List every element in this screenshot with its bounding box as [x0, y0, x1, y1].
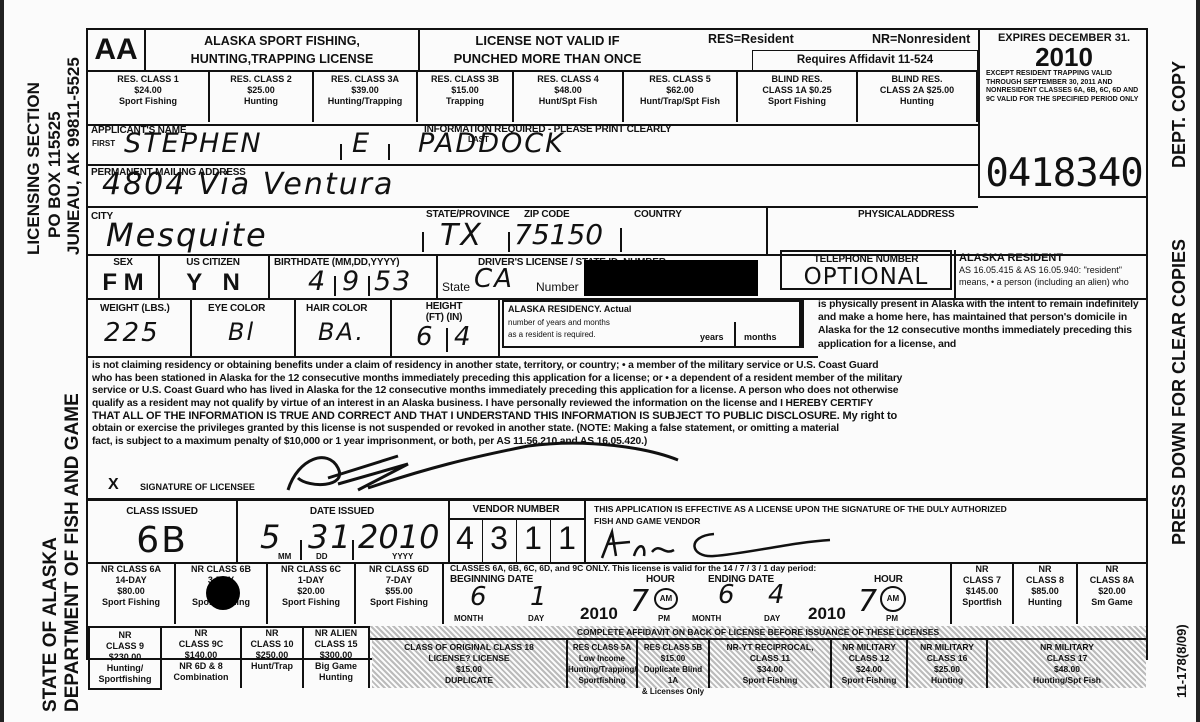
res-class-row: RES. CLASS 1 $24.00 Sport Fishing RES. C…	[88, 70, 978, 126]
form-number-label: 11-178(8/09)	[1174, 624, 1189, 698]
l2: CLASS 9	[90, 641, 160, 652]
class-name: RES. CLASS 3A	[314, 74, 416, 85]
class-price: $20.00	[1078, 586, 1146, 597]
begin-month-label: MONTH	[454, 614, 483, 623]
l1: RES CLASS 5A	[568, 642, 636, 653]
nr-class-9[interactable]: NR CLASS 9 $230.00 Hunting/ Sportfishing	[88, 626, 162, 690]
l3: $25.00	[908, 664, 986, 675]
nr-military-class-16[interactable]: NR MILITARY CLASS 16 $25.00 Hunting	[908, 640, 988, 688]
l3: $140.00	[162, 650, 240, 661]
divider	[300, 540, 302, 560]
class-name: NR CLASS 6D	[356, 564, 442, 575]
l2: Low Income	[568, 653, 636, 664]
res-class-5a[interactable]: RES CLASS 5A Low Income Hunting/Trapping…	[568, 640, 638, 688]
citizen-options: Y N	[158, 269, 268, 297]
cert-line: obtain or exercise the privileges grante…	[92, 423, 1144, 436]
class-desc: Sportfish	[952, 597, 1012, 608]
l2: $15.00	[638, 653, 708, 664]
blind-res-2a[interactable]: BLIND RES. CLASS 2A $25.00 Hunting	[858, 72, 978, 122]
class-desc: Hunt/Trap/Spt Fish	[624, 96, 736, 107]
punch-notice: LICENSE NOT VALID IF PUNCHED MORE THAN O…	[420, 32, 675, 68]
begin-day-label: DAY	[528, 614, 544, 623]
title-line-2: HUNTING,TRAPPING LICENSE	[146, 50, 418, 68]
l1: RES CLASS 5B	[638, 642, 708, 653]
class-price: $15.00	[418, 85, 512, 96]
begin-hour-value: 7	[630, 584, 651, 619]
juneau-address-label: JUNEAU, AK 99811-5525	[64, 57, 84, 255]
resident-heading: ALASKA RESIDENT	[959, 252, 1063, 264]
begin-day-value: 1	[530, 582, 549, 612]
class-desc: Hunting	[210, 96, 312, 107]
class-line-2: CLASS 8A	[1078, 575, 1146, 586]
nr-legend: NR=Nonresident	[872, 32, 970, 46]
end-year-value: 2010	[808, 604, 846, 624]
end-day-label: DAY	[764, 614, 780, 623]
expires-box: EXPIRES DECEMBER 31. 2010 EXCEPT RESIDEN…	[978, 28, 1148, 198]
nr-short-row: NR CLASS 6A 14-DAY $80.00 Sport Fishing …	[88, 562, 1146, 628]
cert-line: qualify as a resident may not qualify by…	[92, 398, 1144, 411]
birth-year: 53	[374, 266, 412, 297]
class-name: RES. CLASS 3B	[418, 74, 512, 85]
l3: Duplicate Blind 1A	[638, 664, 708, 686]
class-desc: Sport Fishing	[88, 96, 208, 107]
class-price: $24.00	[88, 85, 208, 96]
l4: Hunting/Spt Fish	[988, 675, 1146, 686]
years-label: years	[700, 332, 724, 342]
press-down-label: PRESS DOWN FOR CLEAR COPIES	[1169, 239, 1190, 545]
nr-class-8a[interactable]: NR CLASS 8A $20.00 Sm Game	[1078, 562, 1146, 624]
physical-row: WEIGHT (LBS.) 225 EYE COLOR Bl HAIR COLO…	[88, 298, 818, 358]
class-18-duplicate[interactable]: CLASS OF ORIGINAL CLASS 18 LICENSE? LICE…	[372, 640, 568, 688]
vendor-signature	[594, 522, 834, 562]
dl-number-label: Number	[536, 280, 579, 294]
res-class-1[interactable]: RES. CLASS 1 $24.00 Sport Fishing	[88, 72, 210, 122]
cert-line: is not claiming residency or obtaining b…	[92, 360, 1144, 373]
l4: Sport Fishing	[832, 675, 906, 686]
class-name: BLIND RES.	[738, 74, 856, 85]
class-name: NR	[952, 564, 1012, 575]
class-period: 1-DAY	[268, 575, 354, 586]
first-name-value: STEPHEN	[124, 128, 263, 159]
residency-line-3: as a resident is required.	[508, 330, 596, 339]
dl-number-redacted	[584, 260, 758, 296]
birth-month: 4	[308, 266, 327, 297]
months-label: months	[744, 332, 777, 342]
scan-edge-right	[1196, 0, 1200, 722]
city-row: CITY Mesquite STATE/PROVINCE TX ZIP CODE…	[88, 206, 1146, 256]
nr-class-6b[interactable]: NR CLASS 6B 3-DAY $35.00 Sport Fishing	[176, 562, 268, 624]
l2: CLASS 17	[988, 653, 1146, 664]
begin-year-value: 2010	[580, 604, 618, 624]
class-price: $62.00	[624, 85, 736, 96]
city-value: Mesquite	[106, 216, 268, 254]
class-desc: Sm Game	[1078, 597, 1146, 608]
l2: CLASS 9C	[162, 639, 240, 650]
l3: $48.00	[988, 664, 1146, 675]
l1: NR	[242, 628, 302, 639]
state-field[interactable]: STATE/PROVINCE TX	[424, 206, 508, 254]
state-of-alaska-label: STATE OF ALASKA	[40, 537, 62, 712]
res-class-5b[interactable]: RES CLASS 5B $15.00 Duplicate Blind 1A &…	[638, 640, 710, 688]
l2: CLASS 12	[832, 653, 906, 664]
l5: Combination	[162, 672, 240, 683]
class-desc: Sport Fishing	[356, 597, 442, 608]
class-price: $20.00	[268, 586, 354, 597]
date-issued-month: 5	[260, 518, 282, 556]
class-name: NR	[1078, 564, 1146, 575]
divider	[734, 322, 736, 346]
mm-label: MM	[278, 552, 291, 561]
expires-year: 2010	[980, 44, 1148, 70]
l1: NR	[90, 630, 160, 641]
dl-state-value: CA	[474, 264, 514, 294]
class-price: $25.00	[210, 85, 312, 96]
divider	[446, 328, 448, 352]
class-line-2: CLASS 7	[952, 575, 1012, 586]
class-issued-value: 6B	[88, 520, 236, 561]
sex-label: SEX	[88, 257, 158, 268]
res-legend: RES=Resident	[708, 32, 794, 46]
class-desc: Sport Fishing	[738, 96, 856, 107]
citizen-field[interactable]: US CITIZEN Y N	[158, 254, 270, 298]
res-class-2[interactable]: RES. CLASS 2 $25.00 Hunting	[210, 72, 314, 122]
l4: Sport Fishing	[710, 675, 830, 686]
l4: & Licenses Only	[638, 686, 708, 697]
class-desc: Hunting	[1014, 597, 1076, 608]
cert-line: THAT ALL OF THE INFORMATION IS TRUE AND …	[92, 410, 1144, 423]
class-issued-label: CLASS ISSUED	[88, 506, 236, 517]
divider	[620, 228, 622, 252]
class-desc: Sport Fishing	[268, 597, 354, 608]
begin-month-value: 6	[470, 582, 489, 612]
l4: Hunting	[908, 675, 986, 686]
resident-ref: AS 16.05.415 & AS 16.05.940: "resident" …	[959, 264, 1147, 288]
date-issued-year: 2010	[358, 518, 439, 556]
eye-color-field[interactable]: EYE COLOR Bl	[190, 298, 296, 356]
cert-line: service or U.S. Coast Guard who has live…	[92, 385, 1144, 398]
end-pm: PM	[886, 614, 898, 623]
end-month-label: MONTH	[692, 614, 721, 623]
l2: LICENSE? LICENSE	[372, 653, 566, 664]
class-issued-field[interactable]: CLASS ISSUED 6B	[88, 500, 238, 562]
nr-class-7[interactable]: NR CLASS 7 $145.00 Sportfish	[950, 562, 1014, 624]
end-hour-value: 7	[858, 584, 879, 619]
class-desc: Trapping	[418, 96, 512, 107]
date-issued-day: 31	[308, 518, 353, 556]
divider	[334, 276, 336, 296]
res-class-3b[interactable]: RES. CLASS 3B $15.00 Trapping	[418, 72, 514, 122]
l2: CLASS 16	[908, 653, 986, 664]
resident-definition: ALASKA RESIDENT AS 16.05.415 & AS 16.05.…	[954, 250, 1146, 298]
l4: Big Game	[304, 661, 368, 672]
class-price: CLASS 2A $25.00	[858, 85, 976, 96]
hair-color-label: HAIR COLOR	[306, 303, 367, 314]
class-period: 14-DAY	[88, 575, 174, 586]
cert-line: who has been stationed in Alaska for the…	[92, 373, 1144, 386]
notice-line-1: LICENSE NOT VALID IF	[420, 32, 675, 50]
l1: NR ALIEN	[304, 628, 368, 639]
eye-color-label: EYE COLOR	[208, 303, 265, 314]
l1: NR MILITARY	[832, 642, 906, 653]
residency-title: ALASKA RESIDENCY. Actual	[508, 304, 631, 314]
licensing-section-label: LICENSING SECTION	[24, 82, 44, 255]
country-label: COUNTRY	[634, 209, 682, 220]
l3: $250.00	[242, 650, 302, 661]
telephone-field[interactable]: TELEPHONE NUMBER OPTIONAL	[780, 250, 952, 290]
punch-hole	[206, 576, 240, 610]
blind-res-1a[interactable]: BLIND RES. CLASS 1A $0.25 Sport Fishing	[738, 72, 858, 122]
middle-initial-value: E	[352, 128, 371, 159]
res-class-3a[interactable]: RES. CLASS 3A $39.00 Hunting/Trapping	[314, 72, 418, 122]
class-price: $145.00	[952, 586, 1012, 597]
notice-line-2: PUNCHED MORE THAN ONCE	[420, 50, 675, 68]
nr-class-10[interactable]: NR CLASS 10 $250.00 Hunt/Trap	[242, 626, 304, 688]
class-price: $85.00	[1014, 586, 1076, 597]
end-am-circled: AM	[880, 586, 906, 612]
class-name: NR CLASS 6B	[176, 564, 266, 575]
l3: Hunting/Trapping/	[568, 664, 636, 675]
l5: Hunting	[304, 672, 368, 683]
nr-military-class-17[interactable]: NR MILITARY CLASS 17 $48.00 Hunting/Spt …	[988, 640, 1146, 688]
certification-text: is not claiming residency or obtaining b…	[92, 360, 1144, 448]
class-name: RES. CLASS 2	[210, 74, 312, 85]
citizen-label: US CITIZEN	[158, 257, 268, 268]
zip-value: 75150	[514, 218, 603, 251]
weight-label: WEIGHT (LBS.)	[100, 303, 170, 314]
hair-color-value: BA.	[318, 318, 365, 346]
height-label: HEIGHT	[390, 301, 498, 312]
nr-class-6d[interactable]: NR CLASS 6D 7-DAY $55.00 Sport Fishing	[356, 562, 444, 624]
last-name-value: PADDOCK	[418, 128, 565, 159]
begin-am-circled: AM	[654, 588, 678, 610]
class-price: $55.00	[356, 586, 442, 597]
sex-options: F M	[88, 269, 158, 297]
vendor-note-1: THIS APPLICATION IS EFFECTIVE AS A LICEN…	[594, 504, 1007, 514]
country-field[interactable]: COUNTRY	[630, 206, 766, 254]
affidavit-banner: COMPLETE AFFIDAVIT ON BACK OF LICENSE BE…	[370, 626, 1146, 640]
res-class-5[interactable]: RES. CLASS 5 $62.00 Hunt/Trap/Spt Fish	[624, 72, 738, 122]
l3: $300.00	[304, 650, 368, 661]
height-inches: 4	[454, 322, 473, 352]
l4: Hunting/	[90, 663, 160, 674]
date-issued-field[interactable]: DATE ISSUED 5 MM 31 DD 2010 YYYY	[236, 500, 450, 562]
class-name: RES. CLASS 5	[624, 74, 736, 85]
l3: $15.00	[372, 664, 566, 675]
hair-color-field[interactable]: HAIR COLOR BA.	[294, 298, 392, 356]
l4: NR 6D & 8	[162, 661, 240, 672]
l2: CLASS 10	[242, 639, 302, 650]
physical-address-field[interactable]: PHYSICALADDRESS	[768, 206, 978, 254]
class-desc: Hunting/Trapping	[314, 96, 416, 107]
l1: CLASS OF ORIGINAL CLASS 18	[372, 642, 566, 653]
l5: Sportfishing	[90, 674, 160, 685]
divider	[352, 540, 354, 560]
end-month-value: 6	[718, 580, 737, 610]
begin-pm: PM	[658, 614, 670, 623]
title-line-1: ALASKA SPORT FISHING,	[146, 32, 418, 50]
drivers-license-field[interactable]: DRIVER'S LICENSE / STATE ID. NUMBER Stat…	[436, 254, 780, 298]
class-price: $80.00	[88, 586, 174, 597]
phone-optional: OPTIONAL	[782, 264, 950, 290]
l1: NR MILITARY	[988, 642, 1146, 653]
first-label: FIRST	[92, 139, 115, 148]
resident-definition-text: is physically present in Alaska with the…	[818, 298, 1144, 351]
l2: CLASS 11	[710, 653, 830, 664]
l1: NR	[162, 628, 240, 639]
x-mark: X	[108, 476, 119, 494]
residency-field[interactable]: ALASKA RESIDENCY. Actual number of years…	[502, 300, 804, 348]
yyyy-label: YYYY	[392, 552, 413, 561]
l2: CLASS 15	[304, 639, 368, 650]
signature-label: SIGNATURE OF LICENSEE	[140, 482, 255, 492]
nr-military-class-12[interactable]: NR MILITARY CLASS 12 $24.00 Sport Fishin…	[832, 640, 908, 688]
bottom-row: NR CLASS 9 $230.00 Hunting/ Sportfishing…	[88, 626, 1146, 660]
class-line-2: CLASS 8	[1014, 575, 1076, 586]
nr-class-9c[interactable]: NR CLASS 9C $140.00 NR 6D & 8 Combinatio…	[162, 626, 242, 688]
city-field[interactable]: CITY Mesquite	[88, 206, 422, 254]
zip-field[interactable]: ZIP CODE 75150	[510, 206, 630, 254]
class-desc: Sport Fishing	[88, 597, 174, 608]
end-day-value: 4	[768, 580, 787, 610]
vendor-number-label: VENDOR NUMBER	[448, 504, 584, 520]
l1: NR MILITARY	[908, 642, 986, 653]
dept-copy-label: DEPT. COPY	[1169, 61, 1190, 168]
scan-edge-left	[0, 0, 4, 722]
date-issued-label: DATE ISSUED	[236, 506, 448, 517]
license-serial: 0418340	[980, 154, 1148, 194]
dd-label: DD	[316, 552, 328, 561]
state-value: TX	[440, 218, 483, 253]
po-box-label: PO BOX 115525	[45, 111, 65, 238]
height-units: (FT) (IN)	[390, 312, 498, 323]
nr-class-8[interactable]: NR CLASS 8 $85.00 Hunting	[1014, 562, 1078, 624]
applicant-name-field[interactable]: APPLICANT'S NAME FIRST INFORMATION REQUI…	[88, 122, 978, 166]
class-price: $39.00	[314, 85, 416, 96]
l3: $24.00	[832, 664, 906, 675]
affidavit-note: Requires Affidavit 11-524	[752, 50, 978, 70]
class-period: 7-DAY	[356, 575, 442, 586]
validity-period[interactable]: CLASSES 6A, 6B, 6C, 6D, and 9C ONLY. Thi…	[446, 562, 952, 624]
expires-note: EXCEPT RESIDENT TRAPPING VALID THROUGH S…	[980, 70, 1148, 104]
l4: DUPLICATE	[372, 675, 566, 686]
vendor-digit-box: 1	[550, 520, 584, 562]
address-value: 4804 Via Ventura	[102, 167, 394, 202]
class-price: $48.00	[514, 85, 622, 96]
physical-address-label: PHYSICALADDRESS	[858, 209, 954, 220]
res-class-4[interactable]: RES. CLASS 4 $48.00 Hunt/Spt Fish	[514, 72, 624, 122]
nr-class-6a[interactable]: NR CLASS 6A 14-DAY $80.00 Sport Fishing	[88, 562, 176, 624]
sex-field[interactable]: SEX F M	[88, 254, 160, 298]
eye-color-value: Bl	[228, 318, 255, 346]
licensee-signature-field[interactable]: X SIGNATURE OF LICENSEE	[88, 462, 1146, 501]
divider	[388, 144, 390, 160]
l3: $34.00	[710, 664, 830, 675]
birth-day: 9	[342, 266, 361, 297]
issue-row: CLASS ISSUED 6B DATE ISSUED 5 MM 31 DD 2…	[88, 500, 1146, 564]
dl-state-label: State	[442, 280, 470, 294]
class-name: NR CLASS 6A	[88, 564, 174, 575]
nr-class-6c[interactable]: NR CLASS 6C 1-DAY $20.00 Sport Fishing	[268, 562, 356, 624]
class-name: RES. CLASS 4	[514, 74, 622, 85]
height-feet: 6	[416, 322, 435, 352]
weight-value: 225	[104, 318, 160, 348]
l4: Sportfishing	[568, 675, 636, 686]
licensee-signature	[268, 438, 688, 498]
nr-yt-reciprocal-class-11[interactable]: NR-YT RECIPROCAL, CLASS 11 $34.00 Sport …	[710, 640, 832, 688]
begin-label: BEGINNING DATE	[450, 574, 533, 585]
weight-field[interactable]: WEIGHT (LBS.) 225	[88, 298, 192, 356]
birthdate-field[interactable]: BIRTHDATE (MM,DD,YYYY) 4 9 53	[268, 254, 438, 298]
class-price: CLASS 1A $0.25	[738, 85, 856, 96]
l4: Hunt/Trap	[242, 661, 302, 672]
class-desc: Hunting	[858, 96, 976, 107]
l1: NR-YT RECIPROCAL,	[710, 642, 830, 653]
department-label: DEPARTMENT OF FISH AND GAME	[62, 393, 84, 712]
form-title: ALASKA SPORT FISHING, HUNTING,TRAPPING L…	[146, 32, 418, 68]
residency-line-2: number of years and months	[508, 318, 610, 327]
vendor-number-field[interactable]: VENDOR NUMBER 4 3 1 1	[448, 500, 586, 562]
vendor-signature-field[interactable]: THIS APPLICATION IS EFFECTIVE AS A LICEN…	[584, 500, 1146, 562]
class-desc: Hunt/Spt Fish	[514, 96, 622, 107]
form-code: AA	[88, 30, 146, 70]
l3: $230.00	[90, 652, 160, 663]
divider	[340, 144, 342, 160]
class-name: NR CLASS 6C	[268, 564, 354, 575]
vendor-digit-box: 4	[448, 520, 483, 562]
nr-alien-class-15[interactable]: NR ALIEN CLASS 15 $300.00 Big Game Hunti…	[304, 626, 370, 688]
class-name: NR	[1014, 564, 1076, 575]
class-name: RES. CLASS 1	[88, 74, 208, 85]
vendor-digit-box: 1	[516, 520, 551, 562]
vendor-digit-box: 3	[482, 520, 517, 562]
class-name: BLIND RES.	[858, 74, 976, 85]
validity-note: CLASSES 6A, 6B, 6C, 6D, and 9C ONLY. Thi…	[450, 563, 816, 573]
height-field[interactable]: HEIGHT (FT) (IN) 6 4	[390, 298, 500, 356]
mailing-address-field[interactable]: PERMANENT MAILING ADDRESS 4804 Via Ventu…	[88, 164, 978, 208]
divider	[368, 276, 370, 296]
